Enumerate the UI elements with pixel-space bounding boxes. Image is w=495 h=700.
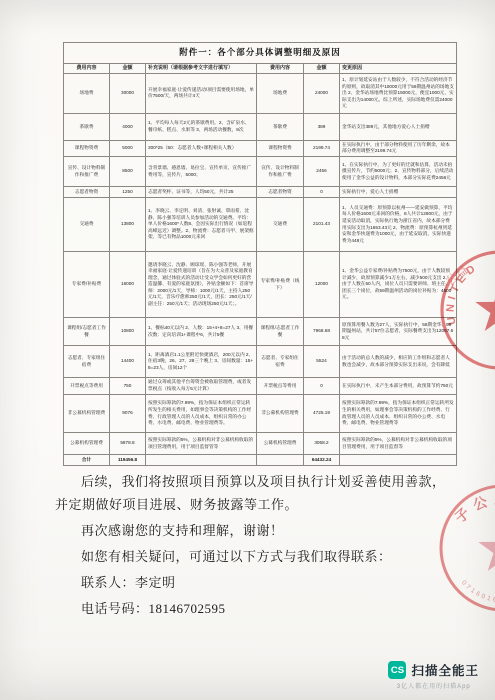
change-reason: 1、人员交通费：原预算以杭州——延安做预算，平均每人价格1600元来回的价格，8…: [340, 198, 457, 252]
change-reason: 按照实际筹款的5%，公募机构对非公募机构收取的项目管理费用，用于项目监督等: [340, 433, 457, 455]
explanation: 按照实际筹款的7.99%，指为保证本组织正常运转所发生的相关费用，如理事会等决策…: [146, 395, 257, 433]
explanation: 通过众筹或其他平台筹资会被收取管理费，或者发票税点（按收入每万5元计算）: [146, 378, 257, 395]
column-header: 金额: [304, 63, 340, 73]
actual-amount: 4725.19: [304, 395, 340, 433]
change-reason: 金华站支出389元，其他地方爱心人士捐赠: [340, 113, 457, 140]
table-row: 课程物资费 5000 300*25（50：志愿者人数+课程相关人数） 课程物资费…: [64, 140, 457, 156]
budget-amount: 16000: [110, 252, 146, 318]
change-reason: 在实际执行中，未产生本部分费用，故预算节约750元: [340, 378, 457, 395]
cost-item: 志愿者物资: [64, 187, 110, 198]
cost-item: 志愿者物资: [257, 187, 304, 198]
empty-cell: [257, 455, 304, 466]
letter-paragraph: 如您有相关疑问，可通过以下方式与我们取得联系：: [55, 545, 453, 568]
table-title-row: 附件一：各个部分具体调整明细及原因: [64, 43, 457, 64]
cost-item: 茶歇费: [64, 113, 110, 140]
cost-item: 公募机构管理费: [64, 433, 110, 455]
budget-amount: 5878.8: [110, 433, 146, 455]
table-row: 交通费 13800 1、李晓云、李定明、刘清、张射诚、覃雨希、沈静、陈小强等培训…: [64, 198, 457, 252]
table-header-row: 费用内容 金额 补充说明（请根据参考文字进行填写） 费用内容 金额 变更原因: [64, 63, 457, 73]
cost-item: 场地费: [257, 73, 304, 113]
camscanner-app-icon: CS: [388, 661, 406, 679]
budget-amount: 10800: [110, 318, 146, 346]
actual-amount: 2101.43: [304, 198, 340, 252]
scanned-document-page: 附件一：各个部分具体调整明细及原因 费用内容 金额 补充说明（请根据参考文字进行…: [0, 0, 495, 700]
explanation: 开展幸福家庭·让爱传递活动/项目需要使用场地，单价7500/天，两场共计4天: [146, 73, 257, 113]
seal-star-icon: [478, 524, 495, 571]
cost-item: 茶歇费: [257, 113, 304, 140]
column-header: 费用内容: [257, 63, 304, 73]
change-reason: 实际执行中，爱心人士捐赠: [340, 187, 457, 198]
table-row: 茶歇费 4000 1、平均每人每天2元的茶歇费用。2、含矿泉水、餐巾纸、糕点、水…: [64, 113, 457, 140]
cost-item: 开票税点等费用: [257, 378, 304, 395]
table-row: 场地费 30000 开展幸福家庭·让爱传递活动/项目需要使用场地，单价7500/…: [64, 73, 457, 113]
total-actual-amount: 64432.24: [304, 455, 340, 466]
budget-amount: 30000: [110, 73, 146, 113]
empty-cell: [146, 455, 257, 466]
cost-item: 课程物资费: [64, 140, 110, 156]
table-row: 公募机构管理费 5878.8 按照实际筹款的5%，公募机构对非公募机构收取的项目…: [64, 433, 457, 455]
explanation: 邀请李晓云、沈静、顾琼瑶、陈小强等老师，开展幸福家庭·让爱传递培训（旨在为大众普…: [146, 252, 257, 318]
budget-amount: 750: [110, 378, 146, 395]
total-budget-amount: 119456.8: [110, 455, 146, 466]
column-header: 金额: [110, 63, 146, 73]
budget-amount: 1250: [110, 187, 146, 198]
svg-text:子公益: 子公益: [452, 491, 495, 527]
cost-item: 场地费: [64, 73, 110, 113]
letter-paragraph: 后续，我们将按照项目预算以及项目执行计划妥善使用善款，并定期做好项目进展、财务披…: [55, 470, 453, 516]
actual-amount: 3068.2: [304, 433, 340, 455]
actual-amount: 24000: [304, 73, 340, 113]
svg-text:07160160: 07160160: [460, 579, 495, 604]
change-reason: 在实际执行中，由于部分物料使用了历年剩余，故本部分费用调整至2199.74元: [340, 140, 457, 156]
cost-item: 交通费: [64, 198, 110, 252]
explanation: 含背景墙、感恩墙、易拉宝、宣传单页、宣传推广费用等，宣传片，5000；: [146, 157, 257, 187]
cost-item: 课程物资费: [257, 140, 304, 156]
table-row: 课程组/志愿者工作餐 10800 1、餐标40元以内 2、人数：15+4+8=2…: [64, 318, 457, 346]
budget-amount: 9076: [110, 395, 146, 433]
cost-item: 开票税点等费用: [64, 378, 110, 395]
cost-item: 专家费/补贴费: [64, 252, 110, 318]
table-row: 宣传、设计物料制作和推广费 8500 含背景墙、感恩墙、易拉宝、宣传单页、宣传推…: [64, 157, 457, 187]
letter-body: 后续，我们将按照项目预算以及项目执行计划妥善使用善款，并定期做好项目进展、财务披…: [55, 470, 453, 623]
seal-star-icon: [475, 284, 495, 331]
table-row: 志愿者物资 1250 志愿者奖杯、证书等，人均50元，共计25 志愿者物资 0 …: [64, 187, 457, 198]
cost-item: 宣传、设计物料制作和推广费: [64, 157, 110, 187]
table-row: 专家费/补贴费 16000 邀请李晓云、沈静、顾琼瑶、陈小强等老师，开展幸福家庭…: [64, 252, 457, 318]
actual-amount: 5524: [304, 346, 340, 378]
explanation: 1、距离酒店1.1公里附近快捷酒店，200元以内 2、住宿3晚，26、27、28…: [146, 346, 257, 378]
explanation: 300*25（50：志愿者人数+课程相关人数）: [146, 140, 257, 156]
cost-item: 非公募机构管理费: [64, 395, 110, 433]
actual-amount: 0: [304, 378, 340, 395]
explanation: 志愿者奖杯、证书等，人均50元，共计25: [146, 187, 257, 198]
budget-amount: 5000: [110, 140, 146, 156]
contact-phone-line: 电话号码：18146702595: [55, 597, 453, 620]
adjustment-table: 附件一：各个部分具体调整明细及原因 费用内容 金额 补充说明（请根据参考文字进行…: [63, 42, 457, 466]
column-header: 变更原因: [340, 63, 457, 73]
change-reason: 按照实际筹款的7.99%，指为保证本组织正常运转所发生的相关费用，如理事会等决策…: [340, 395, 457, 433]
budget-amount: 13800: [110, 198, 146, 252]
cost-item: 志愿者、专家组住宿费: [64, 346, 110, 378]
cost-item: 非公募机构管理费: [257, 395, 304, 433]
letter-paragraph: 再次感谢您的支持和理解，谢谢！: [55, 519, 453, 542]
change-reason: 由于活动的总人数的减少，相应的工作组和志愿者人数也会减少，故本部分预算实际支出来…: [340, 346, 457, 378]
explanation: 1、餐标40元以内 2、人数：15+4+8=27人 3、用餐次数：定向培训1+课…: [146, 318, 257, 346]
change-reason: 原预算用餐人数为27人，实际执行中，58期金华、59期温州站，共计57位志愿者，…: [340, 318, 457, 346]
column-header: 补充说明（请根据参考文字进行填写）: [146, 63, 257, 73]
table-row: 志愿者、专家组住宿费 14400 1、距离酒店1.1公里附近快捷酒店，200元以…: [64, 346, 457, 378]
contact-person-line: 联系人：李定明: [55, 571, 453, 594]
cost-item: 公募机构管理费: [257, 433, 304, 455]
budget-amount: 4000: [110, 113, 146, 140]
camscanner-app-name: 扫描全能王: [411, 661, 479, 679]
change-reason: 1、金华公益专家费/补贴费为7500元，由于人数较预计减少，故原预算减少1万左右…: [340, 252, 457, 318]
cost-item: 课程组/志愿者工作餐: [257, 318, 304, 346]
actual-amount: 7968.68: [304, 318, 340, 346]
budget-amount: 8500: [110, 157, 146, 187]
table-row: 非公募机构管理费 9076 按照实际筹款的7.99%，指为保证本组织正常运转所发…: [64, 395, 457, 433]
change-reason: 1、原计划延安站由于人数较少，不符合活动的经济节约原则，故取消其中10000元用…: [340, 73, 457, 113]
explanation: 1、李晓云、李定明、刘清、张射诚、覃雨希、沈静、陈小强等培训人员参加活动的交通费…: [146, 198, 257, 252]
table-row: 开票税点等费用 750 通过众筹或其他平台筹资会被收取管理费，或者发票税点（按收…: [64, 378, 457, 395]
explanation: 1、平均每人每天2元的茶歇费用。2、含矿泉水、餐巾纸、糕点、水果等 3、两场活动…: [146, 113, 257, 140]
actual-amount: 2199.74: [304, 140, 340, 156]
seal-arc-text: 子公益: [452, 491, 495, 527]
document-title: 附件一：各个部分具体调整明细及原因: [64, 43, 457, 64]
table-total-row: 合计 119456.8 64432.24: [64, 455, 457, 466]
cost-item: 志愿者、专家组住宿费: [257, 346, 304, 378]
camscanner-watermark: CS 扫描全能王 3亿人都在用的扫描App: [388, 661, 479, 690]
cost-item: 宣传、设计物料制作和推广费: [257, 157, 304, 187]
adjustment-table-wrap: 附件一：各个部分具体调整明细及原因 费用内容 金额 补充说明（请根据参考文字进行…: [63, 42, 456, 466]
empty-cell: [340, 455, 457, 466]
explanation: 按照实际筹款的5%，公募机构对非公募机构收取的项目管理费用，用于项目监督管等: [146, 433, 257, 455]
cost-item: 专家费/补贴费（线下）: [257, 252, 304, 318]
budget-amount: 14400: [110, 346, 146, 378]
actual-amount: 389: [304, 113, 340, 140]
seal-serial-text: 07160160: [460, 579, 495, 604]
change-reason: 1、在实际执行中，为了更好的迁就和估算，活动未拍摄宣传片，节约5000元；2、宣…: [340, 157, 457, 187]
cost-item: 交通费: [257, 198, 304, 252]
cost-item: 课程组/志愿者工作餐: [64, 318, 110, 346]
column-header: 费用内容: [64, 63, 110, 73]
actual-amount: 2456: [304, 157, 340, 187]
actual-amount: 0: [304, 187, 340, 198]
total-label: 合计: [64, 455, 110, 466]
actual-amount: 12000: [304, 252, 340, 318]
camscanner-tagline: 3亿人都在用的扫描App: [388, 681, 479, 690]
